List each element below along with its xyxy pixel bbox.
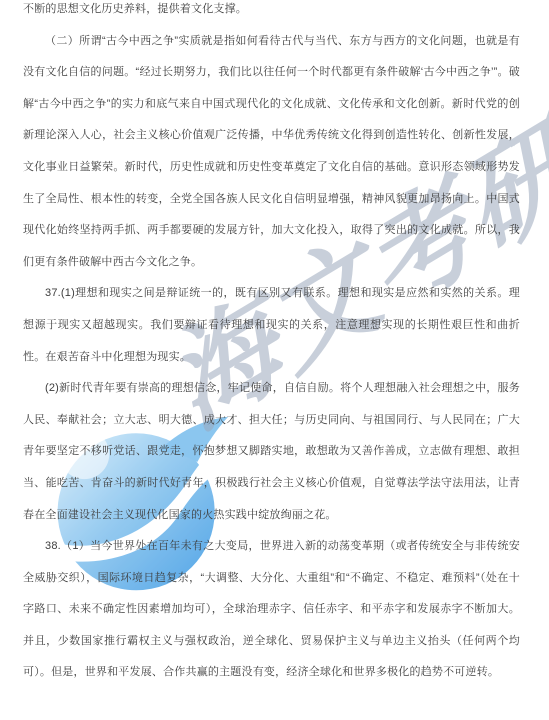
paragraph: 38.（1）当今世界处在百年未有之大变局，世界进入新的动荡变革期（或者传统安全与… — [23, 531, 520, 689]
document-content: 不断的思想文化历史养料，提供着文化支撑。（二）所谓“古今中西之争”实质就是指如何… — [23, 0, 520, 689]
paragraph: 37.(1)理想和现实之间是辩证统一的，既有区别又有联系。理想和现实是应然和实然… — [23, 278, 520, 373]
paragraph: （二）所谓“古今中西之争”实质就是指如何看待古代与当代、东方与西方的文化问题，也… — [23, 26, 520, 279]
paragraph: (2)新时代青年要有崇高的理想信念，牢记使命，自信自励。将个人理想融入社会理想之… — [23, 373, 520, 531]
paragraph: 不断的思想文化历史养料，提供着文化支撑。 — [23, 0, 520, 26]
document-page: 海文考研 不断的思想文化历史养料，提供着文化支撑。（二）所谓“古今中西之争”实质… — [0, 0, 549, 720]
